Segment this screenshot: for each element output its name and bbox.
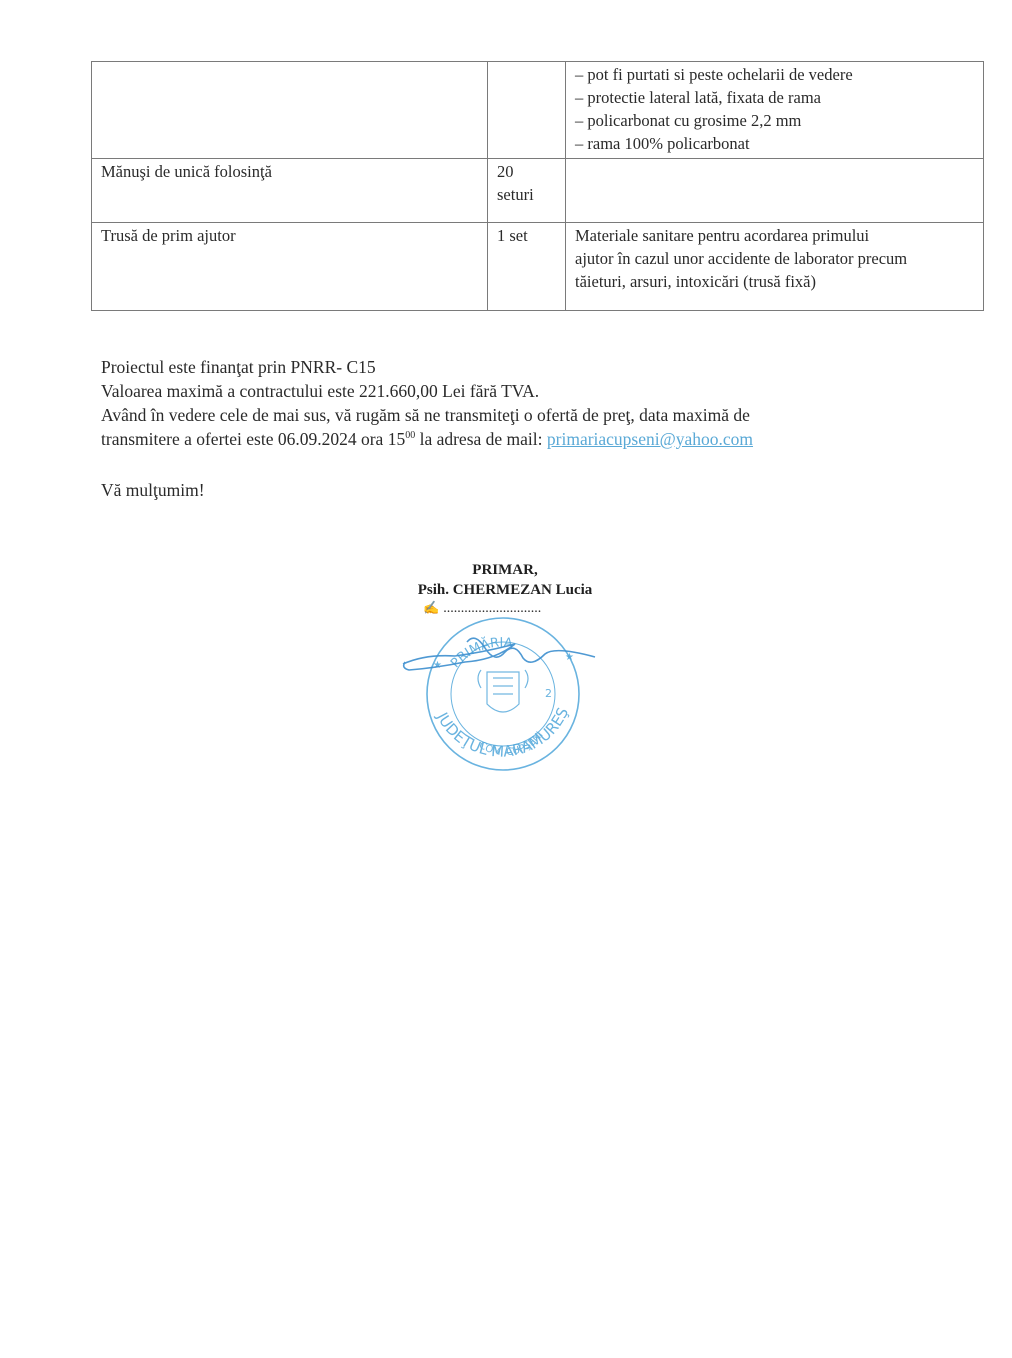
description-cell: Materiale sanitare pentru acordarea prim…	[566, 223, 984, 311]
thanks-text: Vă mulţumim!	[101, 478, 205, 502]
description-cell: – pot fi purtati si peste ochelarii de v…	[566, 62, 984, 159]
description-line: tăieturi, arsuri, intoxicări (trusă fixă…	[575, 270, 974, 293]
deadline-text: transmitere a ofertei este 06.09.2024 or…	[101, 429, 405, 449]
svg-text:2: 2	[545, 687, 552, 700]
email-prompt: la adresa de mail:	[415, 429, 547, 449]
document-page: – pot fi purtati si peste ochelarii de v…	[0, 0, 1012, 1358]
signature-block: PRIMAR, Psih. CHERMEZAN Lucia	[380, 560, 630, 600]
item-cell: Mănuşi de unică folosinţă	[92, 159, 488, 223]
deadline-minutes: 00	[405, 430, 415, 441]
official-stamp: PRIMĂRIA JUDEŢUL MARAMUREŞ COM. CUPŞENI …	[395, 612, 605, 772]
email-link[interactable]: primariacupseni@yahoo.com	[547, 429, 753, 449]
item-cell	[92, 62, 488, 159]
quantity-unit: seturi	[497, 183, 556, 206]
table-row: Trusă de prim ajutor 1 set Materiale san…	[92, 223, 984, 311]
description-line: – pot fi purtati si peste ochelarii de v…	[575, 63, 974, 86]
description-line: ajutor în cazul unor accidente de labora…	[575, 247, 974, 270]
funding-text: Proiectul este finanţat prin PNRR- C15	[101, 355, 921, 379]
max-value-text: Valoarea maximă a contractului este 221.…	[101, 379, 921, 403]
svg-text:★: ★	[433, 660, 442, 671]
request-text-line1: Având în vedere cele de mai sus, vă rugă…	[101, 403, 921, 427]
request-text-line2: transmitere a ofertei este 06.09.2024 or…	[101, 427, 921, 451]
signature-title: PRIMAR,	[380, 560, 630, 580]
description-line: – policarbonat cu grosime 2,2 mm	[575, 109, 974, 132]
table-row: – pot fi purtati si peste ochelarii de v…	[92, 62, 984, 159]
description-line: – rama 100% policarbonat	[575, 132, 974, 155]
signature-name: Psih. CHERMEZAN Lucia	[380, 580, 630, 600]
specification-table: – pot fi purtati si peste ochelarii de v…	[91, 61, 984, 311]
description-cell	[566, 159, 984, 223]
body-paragraphs: Proiectul este finanţat prin PNRR- C15 V…	[101, 355, 921, 451]
quantity-cell: 20 seturi	[488, 159, 566, 223]
quantity-number: 20	[497, 160, 556, 183]
quantity-cell	[488, 62, 566, 159]
description-line: Materiale sanitare pentru acordarea prim…	[575, 224, 974, 247]
quantity-cell: 1 set	[488, 223, 566, 311]
table-row: Mănuşi de unică folosinţă 20 seturi	[92, 159, 984, 223]
svg-text:★: ★	[565, 652, 574, 663]
item-cell: Trusă de prim ajutor	[92, 223, 488, 311]
description-line: – protectie lateral lată, fixata de rama	[575, 86, 974, 109]
coat-of-arms-icon	[478, 670, 528, 712]
